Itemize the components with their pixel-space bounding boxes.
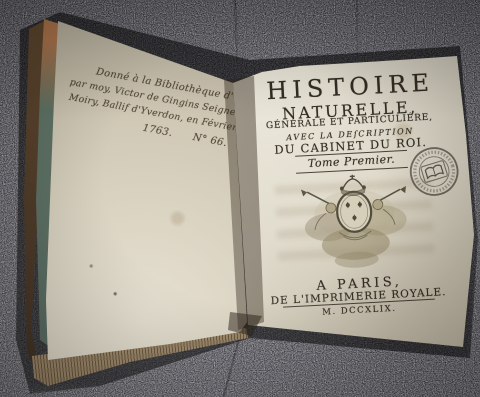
lighting-vignette: [0, 0, 480, 397]
photo-antique-book: Donné à la Bibliothèque d'Yverdon par mo…: [0, 0, 480, 397]
